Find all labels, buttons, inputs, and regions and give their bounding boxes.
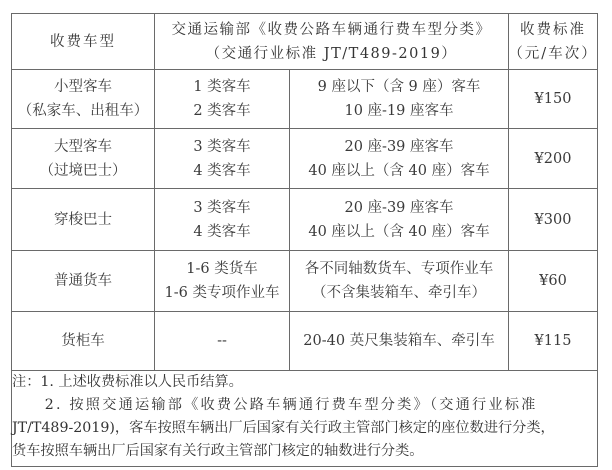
- header-classification: 交通运输部《收费公路车辆通行费车型分类》 （交通行业标准 JT/T489-201…: [155, 14, 508, 69]
- cell-text: 4 类客车: [193, 220, 250, 244]
- table-row-vehicle-type: 普通货车: [12, 251, 154, 311]
- cell-text: ¥60: [539, 269, 567, 293]
- cell-text: （过境巴士）: [40, 159, 127, 183]
- table-row-fee: ¥200: [509, 129, 597, 188]
- table-row-description: 各不同轴数货车、专项作业车 （不含集装箱车、牵引车）: [290, 251, 508, 311]
- cell-text: --: [217, 329, 227, 353]
- cell-text: 各不同轴数货车、专项作业车: [305, 257, 494, 281]
- cell-text: 20-40 英尺集装箱车、牵引车: [303, 329, 494, 353]
- header-label: （交通行业标准 JT/T489-2019）: [206, 42, 458, 66]
- footnote-line: JT/T489-2019)，客车按照车辆出厂后国家有关行政主管部门核定的座位数进…: [12, 417, 597, 440]
- footnotes: 注：1. 上述收费标准以人民币结算。 2. 按照交通运输部《收费公路车辆通行费车…: [12, 371, 597, 463]
- header-label: （元/车次）: [508, 42, 597, 66]
- header-vehicle-type: 收费车型: [12, 14, 154, 69]
- cell-text: ¥300: [535, 208, 572, 232]
- footnote-line: 注：1. 上述收费标准以人民币结算。: [12, 371, 597, 394]
- table-row-description: 20-40 英尺集装箱车、牵引车: [290, 312, 508, 370]
- cell-text: 40 座以上（含 40 座）客车: [308, 220, 489, 244]
- table-row-class: 3 类客车 4 类客车: [155, 189, 289, 250]
- table-row-description: 20 座-39 座客车 40 座以上（含 40 座）客车: [290, 129, 508, 188]
- cell-text: 小型客车: [54, 75, 112, 99]
- cell-text: 40 座以上（含 40 座）客车: [308, 159, 489, 183]
- cell-text: （不含集装箱车、牵引车）: [312, 281, 486, 305]
- cell-text: 3 类客车: [193, 135, 250, 159]
- table-row-class: --: [155, 312, 289, 370]
- cell-text: 普通货车: [54, 269, 112, 293]
- table-row-description: 20 座-39 座客车 40 座以上（含 40 座）客车: [290, 189, 508, 250]
- cell-text: ¥150: [535, 87, 572, 111]
- footnote-line: 货车按照车辆出厂后国家有关行政主管部门核定的轴数进行分类。: [12, 440, 597, 463]
- table-row-class: 3 类客车 4 类客车: [155, 129, 289, 188]
- cell-text: 货柜车: [61, 329, 105, 353]
- toll-fee-table: 收费车型 交通运输部《收费公路车辆通行费车型分类》 （交通行业标准 JT/T48…: [11, 13, 598, 467]
- header-label: 收费车型: [50, 30, 116, 54]
- cell-text: （私家车、出租车）: [18, 99, 149, 123]
- table-row-fee: ¥115: [509, 312, 597, 370]
- header-label: 交通运输部《收费公路车辆通行费车型分类》: [172, 18, 492, 42]
- cell-text: 2 类客车: [193, 99, 250, 123]
- table-row-description: 9 座以下（含 9 座）客车 10 座-19 座客车: [290, 70, 508, 128]
- cell-text: 20 座-39 座客车: [344, 196, 453, 220]
- cell-text: 1 类客车: [193, 75, 250, 99]
- table-row-vehicle-type: 小型客车 （私家车、出租车）: [12, 70, 154, 128]
- table-row-vehicle-type: 货柜车: [12, 312, 154, 370]
- cell-text: 10 座-19 座客车: [344, 99, 453, 123]
- cell-text: ¥115: [535, 329, 572, 353]
- cell-text: 3 类客车: [193, 196, 250, 220]
- table-row-fee: ¥60: [509, 251, 597, 311]
- table-row-class: 1-6 类货车 1-6 类专项作业车: [155, 251, 289, 311]
- header-label: 收费标准: [520, 18, 586, 42]
- cell-text: ¥200: [535, 147, 572, 171]
- header-fee: 收费标准 （元/车次）: [509, 14, 597, 69]
- cell-text: 4 类客车: [193, 159, 250, 183]
- table-row-class: 1 类客车 2 类客车: [155, 70, 289, 128]
- cell-text: 9 座以下（含 9 座）客车: [318, 75, 481, 99]
- cell-text: 穿梭巴士: [54, 208, 112, 232]
- footnote-line: 2. 按照交通运输部《收费公路车辆通行费车型分类》（交通行业标准: [12, 394, 597, 417]
- table-row-vehicle-type: 大型客车 （过境巴士）: [12, 129, 154, 188]
- cell-text: 大型客车: [54, 135, 112, 159]
- table-row-vehicle-type: 穿梭巴士: [12, 189, 154, 250]
- table-row-fee: ¥150: [509, 70, 597, 128]
- cell-text: 20 座-39 座客车: [344, 135, 453, 159]
- cell-text: 1-6 类专项作业车: [165, 281, 280, 305]
- cell-text: 1-6 类货车: [186, 257, 257, 281]
- table-row-fee: ¥300: [509, 189, 597, 250]
